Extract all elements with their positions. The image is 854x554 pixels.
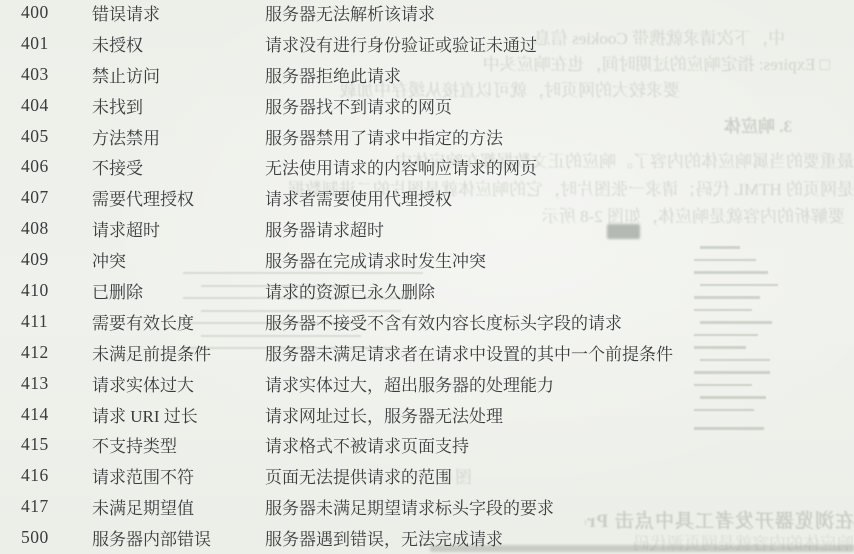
- status-code: 406: [0, 156, 92, 177]
- table-row: 409冲突服务器在完成请求时发生冲突: [0, 244, 854, 275]
- status-name: 方法禁用: [92, 124, 265, 149]
- status-code: 411: [0, 311, 92, 332]
- status-name: 服务器内部错误: [92, 525, 265, 550]
- table-row: 405方法禁用服务器禁用了请求中指定的方法: [0, 121, 854, 152]
- status-code-table: 400错误请求服务器无法解析该请求401未授权请求没有进行身份验证或验证未通过4…: [0, 0, 854, 553]
- table-row: 413请求实体过大请求实体过大，超出服务器的处理能力: [0, 368, 854, 399]
- status-code: 407: [0, 187, 92, 208]
- status-description: 服务器请求超时: [265, 216, 854, 241]
- table-row: 412未满足前提条件服务器未满足请求者在请求中设置的其中一个前提条件: [0, 337, 854, 368]
- status-description: 服务器遇到错误，无法完成请求: [265, 525, 854, 550]
- status-code: 415: [0, 434, 92, 455]
- table-row: 414请求 URI 过长请求网址过长，服务器无法处理: [0, 399, 854, 430]
- status-description: 请求实体过大，超出服务器的处理能力: [265, 371, 854, 396]
- status-description: 请求没有进行身份验证或验证未通过: [265, 31, 854, 56]
- status-code: 416: [0, 465, 92, 486]
- status-code: 409: [0, 249, 92, 270]
- status-description: 服务器拒绝此请求: [265, 62, 854, 87]
- status-name: 请求实体过大: [92, 371, 265, 396]
- status-code: 414: [0, 404, 92, 425]
- status-code: 403: [0, 64, 92, 85]
- status-description: 服务器无法解析该请求: [265, 0, 854, 25]
- status-name: 错误请求: [92, 0, 265, 25]
- table-row: 403禁止访问服务器拒绝此请求: [0, 59, 854, 90]
- status-name: 未满足期望值: [92, 494, 265, 519]
- table-row: 401未授权请求没有进行身份验证或验证未通过: [0, 28, 854, 59]
- status-name: 冲突: [92, 247, 265, 272]
- status-code: 401: [0, 33, 92, 54]
- status-name: 不支持类型: [92, 432, 265, 457]
- status-name: 请求范围不符: [92, 463, 265, 488]
- table-row: 500服务器内部错误服务器遇到错误，无法完成请求: [0, 522, 854, 553]
- status-name: 已删除: [92, 278, 265, 303]
- table-row: 404未找到服务器找不到请求的网页: [0, 90, 854, 121]
- status-name: 未找到: [92, 93, 265, 118]
- status-code: 500: [0, 527, 92, 548]
- table-row: 415不支持类型请求格式不被请求页面支持: [0, 429, 854, 460]
- status-description: 服务器不接受不含有效内容长度标头字段的请求: [265, 309, 854, 334]
- status-code: 404: [0, 95, 92, 116]
- status-code: 410: [0, 280, 92, 301]
- status-description: 请求的资源已永久删除: [265, 278, 854, 303]
- table-row: 400错误请求服务器无法解析该请求: [0, 0, 854, 28]
- table-row: 406不接受无法使用请求的内容响应请求的网页: [0, 151, 854, 182]
- status-code: 417: [0, 496, 92, 517]
- status-description: 服务器未满足请求者在请求中设置的其中一个前提条件: [265, 340, 854, 365]
- table-row: 417未满足期望值服务器未满足期望请求标头字段的要求: [0, 491, 854, 522]
- status-description: 服务器禁用了请求中指定的方法: [265, 124, 854, 149]
- status-code: 400: [0, 2, 92, 23]
- table-row: 410已删除请求的资源已永久删除: [0, 275, 854, 306]
- table-row: 411需要有效长度服务器不接受不含有效内容长度标头字段的请求: [0, 306, 854, 337]
- status-code: 413: [0, 373, 92, 394]
- status-description: 服务器找不到请求的网页: [265, 93, 854, 118]
- status-code: 408: [0, 218, 92, 239]
- table-row: 407需要代理授权请求者需要使用代理授权: [0, 182, 854, 213]
- status-name: 未授权: [92, 31, 265, 56]
- status-name: 请求超时: [92, 216, 265, 241]
- status-description: 请求网址过长，服务器无法处理: [265, 402, 854, 427]
- status-description: 请求者需要使用代理授权: [265, 185, 854, 210]
- status-description: 服务器未满足期望请求标头字段的要求: [265, 494, 854, 519]
- status-description: 服务器在完成请求时发生冲突: [265, 247, 854, 272]
- status-name: 请求 URI 过长: [92, 402, 265, 427]
- table-row: 416请求范围不符页面无法提供请求的范围: [0, 460, 854, 491]
- status-description: 页面无法提供请求的范围: [265, 463, 854, 488]
- status-description: 无法使用请求的内容响应请求的网页: [265, 154, 854, 179]
- status-name: 未满足前提条件: [92, 340, 265, 365]
- status-name: 需要有效长度: [92, 309, 265, 334]
- status-name: 不接受: [92, 154, 265, 179]
- status-code: 412: [0, 342, 92, 363]
- table-row: 408请求超时服务器请求超时: [0, 213, 854, 244]
- status-description: 请求格式不被请求页面支持: [265, 432, 854, 457]
- status-name: 禁止访问: [92, 62, 265, 87]
- status-code: 405: [0, 126, 92, 147]
- status-name: 需要代理授权: [92, 185, 265, 210]
